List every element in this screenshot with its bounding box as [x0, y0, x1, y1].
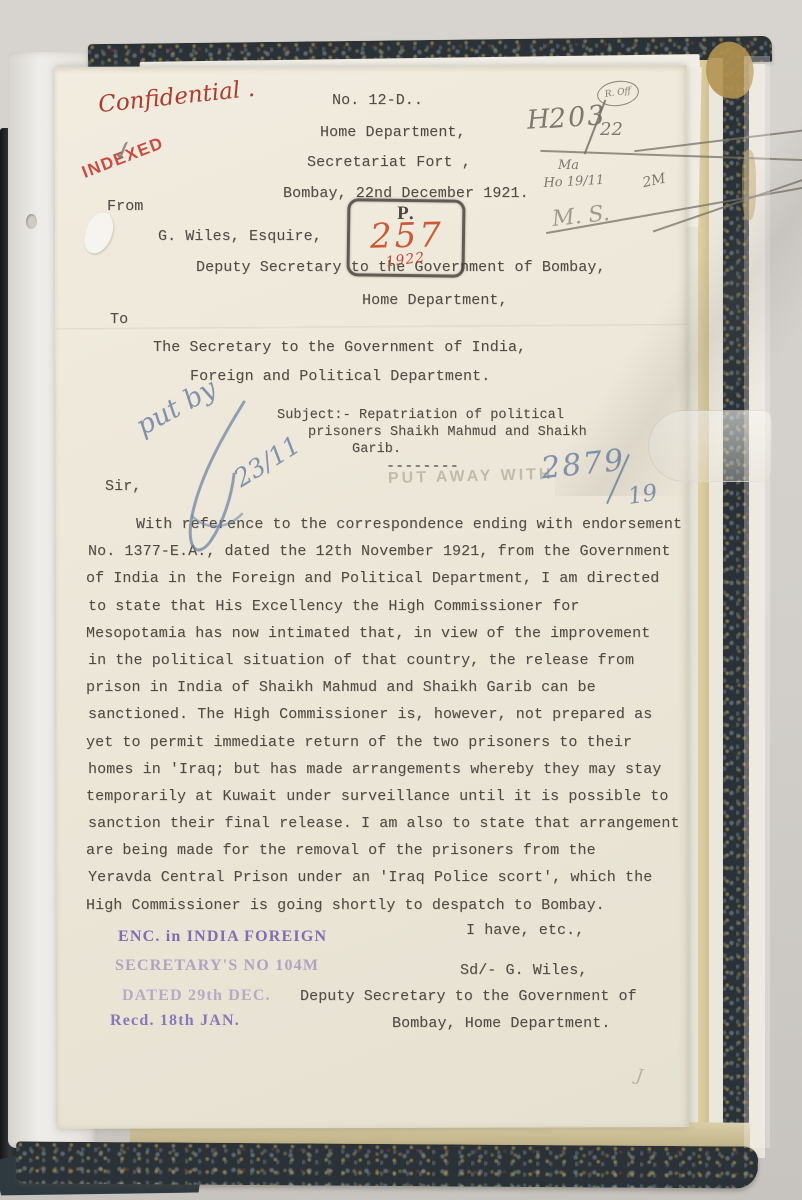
signature-title-1: Deputy Secretary to the Government of [300, 988, 637, 1005]
sender-name: G. Wiles, Esquire, [158, 228, 322, 245]
book-bottom-edge [16, 1141, 758, 1188]
from-label: From [107, 198, 143, 215]
signature: Sd/- G. Wiles, [460, 962, 587, 979]
salutation: Sir, [105, 478, 141, 495]
body-line: are being made for the removal of the pr… [86, 837, 682, 864]
secretariat-line: Secretariat Fort , [307, 154, 471, 171]
doc-number: No. 12-D.. [332, 92, 423, 109]
subject-line-1: Subject:- Repatriation of political [277, 408, 564, 423]
pencil-file-denominator: 22 [600, 119, 623, 140]
subject-underline: -------- [386, 458, 459, 475]
receipt-number: 257 [370, 215, 445, 257]
body-line: prison in India of Shaikh Mahmud and Sha… [86, 674, 682, 701]
enc-stamp-line-1: ENC. in INDIA FOREIGN [118, 928, 327, 946]
signature-title-2: Bombay, Home Department. [392, 1015, 610, 1032]
body-line: homes in 'Iraq; but has made arrangement… [88, 756, 682, 783]
blue-flourish [172, 398, 272, 573]
subject-line-2: prisoners Shaikh Mahmud and Shaikh [308, 425, 587, 440]
body-line: sanctioned. The High Commissioner is, ho… [88, 701, 682, 728]
pencil-small-note: Ma [558, 158, 579, 173]
enc-stamp-line-2: SECRETARY'S NO 104M [115, 957, 319, 975]
body-line: yet to permit immediate return of the tw… [86, 729, 682, 756]
body-line: Mesopotamia has now intimated that, in v… [86, 620, 682, 647]
recipient-line-2: Foreign and Political Department. [190, 368, 490, 385]
body-line: High Commissioner is going shortly to de… [86, 892, 682, 919]
dept-line: Home Department, [320, 124, 466, 141]
body-line: sanction their final release. I am also … [88, 810, 682, 837]
pencil-ref-prefix: H [526, 104, 551, 136]
to-label: To [110, 311, 128, 328]
recipient-line-1: The Secretary to the Government of India… [153, 339, 526, 356]
receipt-year: 1922 [385, 250, 426, 271]
body-line: Yeravda Central Prison under an 'Iraq Po… [88, 864, 682, 891]
subject-line-3: Garib. [352, 442, 401, 457]
archive-photo: Confidential . INDEXED ✓ No. 12-D.. Home… [0, 0, 802, 1200]
body-line: in the political situation of that count… [88, 647, 682, 674]
body-line: temporarily at Kuwait under surveillance… [86, 783, 682, 810]
blue-file-denominator: 19 [626, 480, 659, 510]
body-line: to state that His Excellency the High Co… [88, 593, 682, 620]
enc-stamp-line-4: Recd. 18th JAN. [110, 1012, 240, 1030]
right-page-edge [709, 58, 723, 1140]
valediction: I have, etc., [466, 922, 584, 939]
sender-department: Home Department, [362, 292, 508, 309]
enc-stamp-line-3: DATED 29th DEC. [122, 987, 271, 1005]
plastic-strip [744, 56, 770, 1148]
punch-hole [26, 214, 37, 229]
receipt-stamp: P. 257 1922 [346, 198, 465, 278]
right-page-edge-tan [698, 60, 709, 1138]
